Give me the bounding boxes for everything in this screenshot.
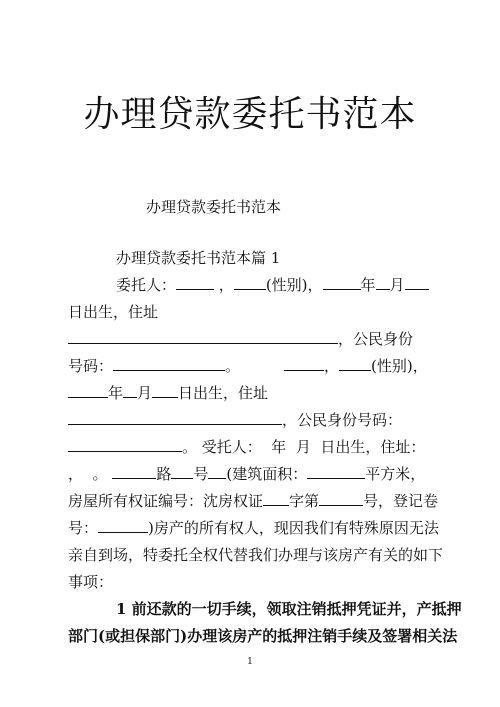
blank-field bbox=[307, 464, 365, 479]
text-line-7: 。 受托人： 年 月 日出生，住址： bbox=[68, 437, 432, 457]
document-title: 办理贷款委托书范本 bbox=[0, 86, 500, 137]
text-line-12: 事项： bbox=[68, 572, 432, 592]
blank-field bbox=[319, 491, 363, 506]
text-line-13: 1 前还款的一切手续，领取注销抵押凭证并，产抵押 bbox=[116, 599, 480, 619]
blank-field bbox=[339, 356, 371, 371]
blank-field bbox=[405, 275, 429, 290]
document-subtitle: 办理贷款委托书范本 bbox=[146, 196, 281, 217]
text-line-10: 号：)房产的所有权人，现因我们有特殊原因无法 bbox=[68, 518, 432, 538]
blank-field bbox=[68, 329, 338, 344]
text-line-2: 日出生，住址 bbox=[68, 302, 432, 322]
text-line-6: ，公民身份号码： bbox=[68, 410, 432, 430]
section-heading: 办理贷款委托书范本篇 1 bbox=[116, 248, 480, 268]
blank-field bbox=[68, 437, 182, 452]
blank-field bbox=[123, 383, 137, 398]
blank-field bbox=[376, 275, 390, 290]
text-line-9: 房屋所有权证编号：沈房权证字第号，登记卷 bbox=[68, 491, 432, 511]
page-number: 1 bbox=[0, 657, 500, 667]
blank-field bbox=[234, 275, 266, 290]
blank-field bbox=[113, 356, 225, 371]
blank-field bbox=[284, 356, 324, 371]
blank-field bbox=[176, 275, 214, 290]
blank-field bbox=[98, 518, 148, 533]
blank-field bbox=[68, 383, 108, 398]
text-line-5: 年月日出生，住址 bbox=[68, 383, 432, 403]
text-line-1: 委托人： ，(性别)，年月 bbox=[116, 275, 480, 295]
text-line-11: 亲自到场，特委托全权代替我们办理与该房产有关的如下 bbox=[68, 545, 432, 565]
text-line-3: ，公民身份 bbox=[68, 329, 432, 349]
blank-field bbox=[208, 464, 226, 479]
text-line-8: ， 。 路号(建筑面积：平方米， bbox=[68, 464, 432, 484]
blank-field bbox=[152, 383, 178, 398]
text-line-4: 号码：。，(性别)， bbox=[68, 356, 432, 376]
text-line-14: 部门(或担保部门)办理该房产的抵押注销手续及签署相关法 bbox=[68, 626, 432, 646]
blank-field bbox=[323, 275, 361, 290]
blank-field bbox=[171, 464, 193, 479]
blank-field bbox=[68, 410, 282, 425]
blank-field bbox=[263, 491, 289, 506]
blank-field bbox=[112, 464, 156, 479]
